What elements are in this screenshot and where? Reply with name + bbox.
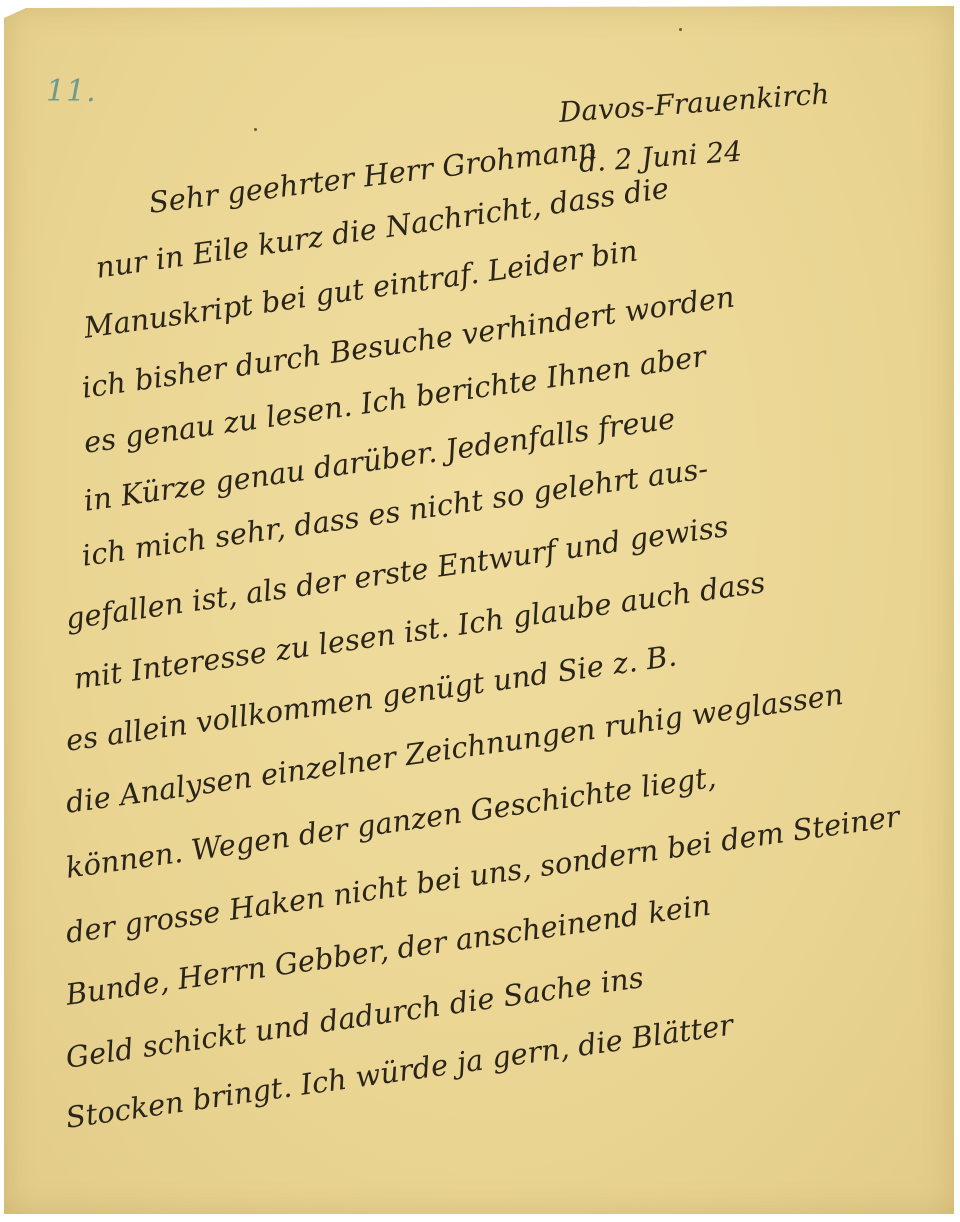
letter-place: Davos-Frauenkirch xyxy=(558,77,830,129)
folio-number: 11. xyxy=(46,74,97,109)
paper-speck xyxy=(679,28,682,31)
paper-speck xyxy=(254,128,257,131)
letter-paper: 11. Davos-Frauenkirch d. 2 Juni 24 Sehr … xyxy=(4,6,954,1214)
